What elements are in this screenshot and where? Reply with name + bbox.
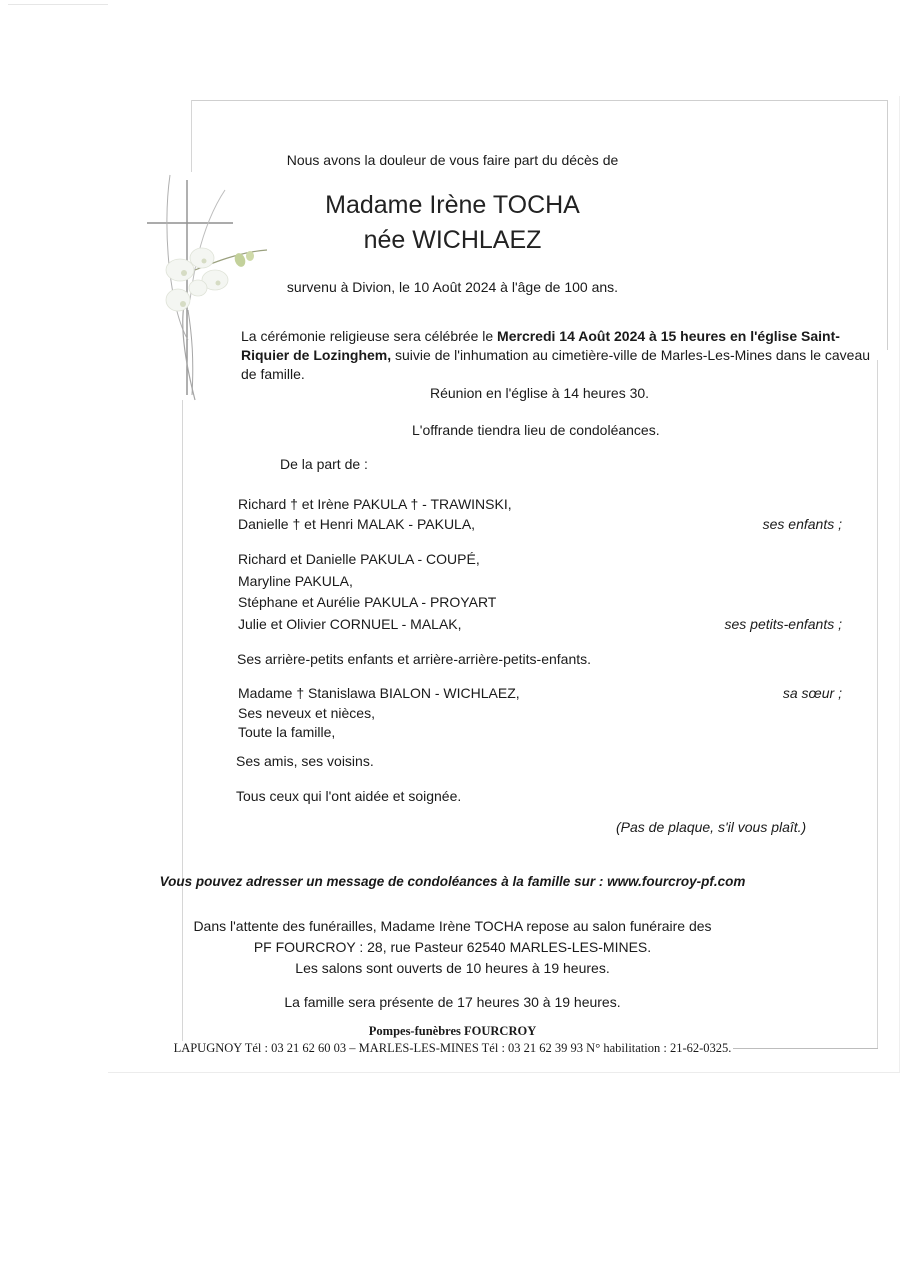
family-row: Madame † Stanislawa BIALON - WICHLAEZ, s… bbox=[238, 684, 842, 704]
relation-label: ses enfants ; bbox=[763, 515, 842, 535]
family-name: Maryline PAKULA, bbox=[238, 571, 353, 593]
condolences-url-link[interactable]: www.fourcroy-pf.com bbox=[607, 874, 745, 889]
ceremony-paragraph: La cérémonie religieuse sera célébrée le… bbox=[241, 327, 881, 384]
deceased-name: Madame Irène TOCHA bbox=[0, 190, 905, 220]
friends-text: Ses amis, ses voisins. bbox=[236, 752, 374, 770]
family-row: Ses neveux et nièces, bbox=[238, 704, 842, 724]
footer-contact-text: LAPUGNOY Tél : 03 21 62 60 03 – MARLES-L… bbox=[172, 1041, 734, 1055]
family-row: Maryline PAKULA, bbox=[238, 571, 842, 593]
children-group: Richard † et Irène PAKULA † - TRAWINSKI,… bbox=[238, 495, 842, 534]
death-details: survenu à Divion, le 10 Août 2024 à l'âg… bbox=[0, 278, 905, 296]
family-name: Madame † Stanislawa BIALON - WICHLAEZ, bbox=[238, 684, 520, 704]
resting-line-1: Dans l'attente des funérailles, Madame I… bbox=[0, 917, 905, 935]
family-name: Stéphane et Aurélie PAKULA - PROYART bbox=[238, 592, 496, 614]
sheet-edge-bottom bbox=[108, 1072, 900, 1073]
ceremony-prefix: La cérémonie religieuse sera célébrée le bbox=[241, 328, 497, 344]
family-name: Richard † et Irène PAKULA † - TRAWINSKI, bbox=[238, 495, 512, 515]
sister-group: Madame † Stanislawa BIALON - WICHLAEZ, s… bbox=[238, 684, 842, 743]
great-grandchildren-text: Ses arrière-petits enfants et arrière-ar… bbox=[237, 650, 591, 668]
no-plaque-note: (Pas de plaque, s'il vous plaît.) bbox=[616, 818, 806, 836]
footer-company: Pompes-funèbres FOURCROY bbox=[0, 1023, 905, 1039]
family-row: Stéphane et Aurélie PAKULA - PROYART bbox=[238, 592, 842, 614]
frame-border-top bbox=[191, 100, 888, 101]
family-row: Toute la famille, bbox=[238, 723, 842, 743]
resting-line-2: PF FOURCROY : 28, rue Pasteur 62540 MARL… bbox=[0, 938, 905, 956]
family-present-text: La famille sera présente de 17 heures 30… bbox=[0, 993, 905, 1011]
maiden-name: née WICHLAEZ bbox=[0, 225, 905, 255]
family-name: Toute la famille, bbox=[238, 723, 335, 743]
intro-text: Nous avons la douleur de vous faire part… bbox=[0, 151, 905, 169]
family-row: Richard † et Irène PAKULA † - TRAWINSKI, bbox=[238, 495, 842, 515]
family-row: Danielle † et Henri MALAK - PAKULA, ses … bbox=[238, 515, 842, 535]
family-row: Julie et Olivier CORNUEL - MALAK, ses pe… bbox=[238, 614, 842, 636]
grandchildren-group: Richard et Danielle PAKULA - COUPÉ, Mary… bbox=[238, 549, 842, 635]
condolences-message: Vous pouvez adresser un message de condo… bbox=[0, 873, 905, 891]
reunion-text: Réunion en l'église à 14 heures 30. bbox=[430, 384, 649, 402]
family-name: Danielle † et Henri MALAK - PAKULA, bbox=[238, 515, 475, 535]
scan-edge-mark bbox=[8, 4, 108, 5]
condolences-text: Vous pouvez adresser un message de condo… bbox=[160, 874, 607, 889]
carers-text: Tous ceux qui l'ont aidée et soignée. bbox=[236, 787, 461, 805]
relation-label: ses petits-enfants ; bbox=[724, 614, 842, 636]
offrande-text: L'offrande tiendra lieu de condoléances. bbox=[412, 421, 660, 439]
family-name: Richard et Danielle PAKULA - COUPÉ, bbox=[238, 549, 480, 571]
footer-contact: LAPUGNOY Tél : 03 21 62 60 03 – MARLES-L… bbox=[0, 1040, 905, 1056]
family-name: Julie et Olivier CORNUEL - MALAK, bbox=[238, 614, 462, 636]
relation-label: sa sœur ; bbox=[783, 684, 842, 704]
resting-line-3: Les salons sont ouverts de 10 heures à 1… bbox=[0, 959, 905, 977]
from-label: De la part de : bbox=[280, 455, 368, 473]
family-name: Ses neveux et nièces, bbox=[238, 704, 375, 724]
family-row: Richard et Danielle PAKULA - COUPÉ, bbox=[238, 549, 842, 571]
